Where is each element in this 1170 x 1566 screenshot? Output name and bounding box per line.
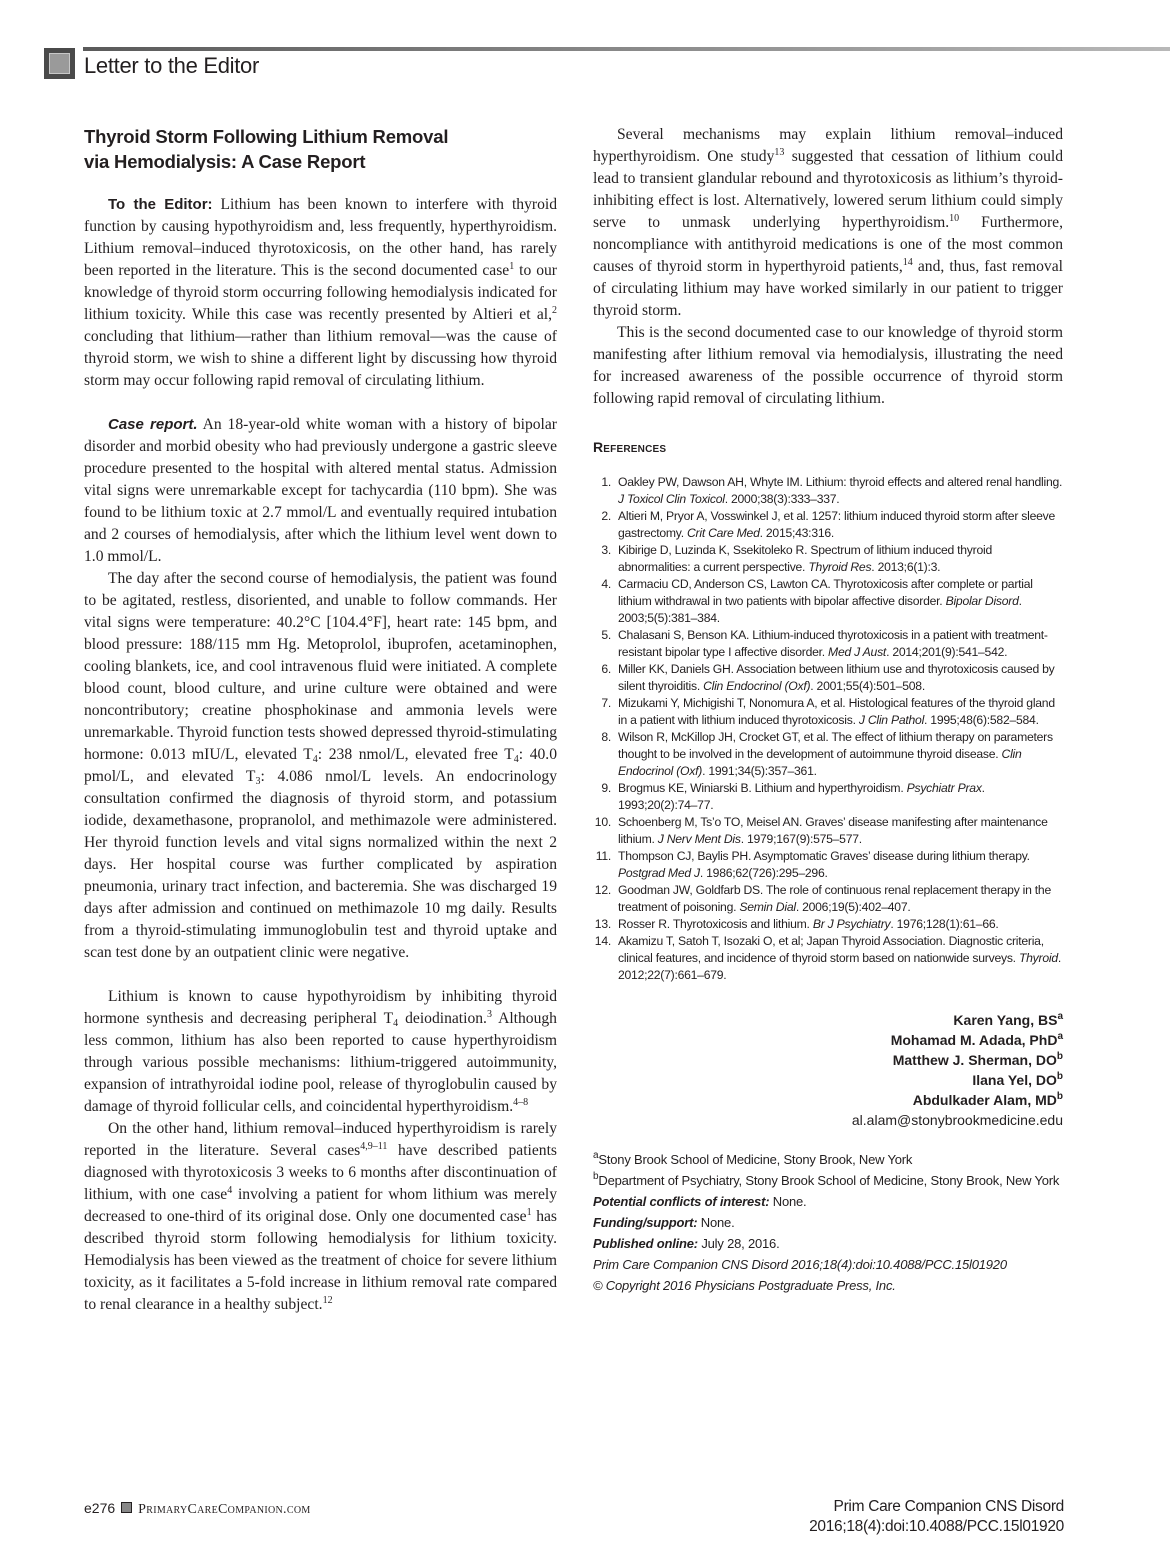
author-name: Abdulkader Alam, MDb: [593, 1090, 1063, 1110]
reference-item: 6.Miller KK, Daniels GH. Association bet…: [593, 661, 1063, 695]
author-name: Karen Yang, BSa: [593, 1010, 1063, 1030]
journal-name: Semin Dial: [739, 900, 795, 914]
site-link[interactable]: PrimaryCareCompanion.com: [138, 1502, 310, 1517]
section-label: Letter to the Editor: [84, 53, 259, 79]
references-list: 1.Oakley PW, Dawson AH, Whyte IM. Lithiu…: [593, 474, 1063, 984]
references-heading: References: [593, 436, 1063, 458]
author-name: Matthew J. Sherman, DOb: [593, 1050, 1063, 1070]
journal-name: Thyroid: [1019, 951, 1058, 965]
citation-12[interactable]: 12: [323, 1295, 333, 1306]
journal-name: Med J Aust: [828, 645, 886, 659]
journal-name: Br J Psychiatry: [813, 917, 891, 931]
funding-line: Funding/support: None.: [593, 1213, 1063, 1232]
reference-item: 10.Schoenberg M, Ts’o TO, Meisel AN. Gra…: [593, 814, 1063, 848]
reference-item: 12.Goodman JW, Goldfarb DS. The role of …: [593, 882, 1063, 916]
lithium-known-paragraph: Lithium is known to cause hypothyroidism…: [84, 986, 557, 1118]
other-hand-paragraph: On the other hand, lithium removal–induc…: [84, 1118, 557, 1316]
section-square-icon: [44, 48, 75, 79]
day-after-paragraph: The day after the second course of hemod…: [84, 568, 557, 964]
affiliations-block: aStony Brook School of Medicine, Stony B…: [593, 1150, 1063, 1295]
journal-name: Clin Endocrinol (Oxf): [703, 679, 810, 693]
journal-name: J Nerv Ment Dis: [658, 832, 741, 846]
article-title: Thyroid Storm Following Lithium Removal …: [84, 124, 557, 174]
affiliation: aStony Brook School of Medicine, Stony B…: [593, 1150, 1063, 1169]
journal-name: J Clin Pathol: [859, 713, 924, 727]
footer-square-icon: [121, 1502, 132, 1513]
author-name: Mohamad M. Adada, PhDa: [593, 1030, 1063, 1050]
journal-name: J Toxicol Clin Toxicol: [618, 492, 725, 506]
citation-2[interactable]: 2: [552, 305, 557, 316]
reference-item: 5.Chalasani S, Benson KA. Lithium-induce…: [593, 627, 1063, 661]
citation-line: Prim Care Companion CNS Disord 2016;18(4…: [593, 1255, 1063, 1274]
journal-name: Crit Care Med: [687, 526, 760, 540]
citation-13[interactable]: 13: [774, 147, 784, 158]
citation-4-8[interactable]: 4–8: [513, 1097, 528, 1108]
right-column: Several mechanisms may explain lithium r…: [593, 124, 1063, 1297]
reference-item: 2.Altieri M, Pryor A, Vosswinkel J, et a…: [593, 508, 1063, 542]
copyright-line: © Copyright 2016 Physicians Postgraduate…: [593, 1276, 1063, 1295]
reference-item: 1.Oakley PW, Dawson AH, Whyte IM. Lithiu…: [593, 474, 1063, 508]
footer-left: e276PrimaryCareCompanion.com: [84, 1500, 311, 1518]
author-name: Ilana Yel, DOb: [593, 1070, 1063, 1090]
intro-lead: To the Editor:: [108, 196, 213, 213]
conflicts-line: Potential conflicts of interest: None.: [593, 1192, 1063, 1211]
author-block: Karen Yang, BSaMohamad M. Adada, PhDaMat…: [593, 1010, 1063, 1130]
reference-item: 8.Wilson R, McKillop JH, Crocket GT, et …: [593, 729, 1063, 780]
page-number: e276: [84, 1500, 115, 1516]
reference-item: 3.Kibirige D, Luzinda K, Ssekitoleko R. …: [593, 542, 1063, 576]
header-rule: [83, 47, 1170, 51]
reference-item: 13.Rosser R. Thyrotoxicosis and lithium.…: [593, 916, 1063, 933]
left-column: Thyroid Storm Following Lithium Removal …: [84, 124, 557, 1316]
footer-journal: Prim Care Companion CNS Disord 2016;18(4…: [809, 1497, 1064, 1537]
citation-4-9-11[interactable]: 4,9–11: [360, 1141, 387, 1152]
citation-10[interactable]: 10: [949, 213, 959, 224]
case-report-lead: Case report.: [108, 416, 198, 433]
affiliation: bDepartment of Psychiatry, Stony Brook S…: [593, 1171, 1063, 1190]
reference-item: 11.Thompson CJ, Baylis PH. Asymptomatic …: [593, 848, 1063, 882]
intro-paragraph: To the Editor: Lithium has been known to…: [84, 194, 557, 392]
conclusion-paragraph: This is the second documented case to ou…: [593, 322, 1063, 410]
journal-name: Bipolar Disord: [946, 594, 1019, 608]
journal-name: Thyroid Res: [808, 560, 871, 574]
case-report-paragraph: Case report. An 18-year-old white woman …: [84, 414, 557, 568]
citation-14[interactable]: 14: [903, 257, 913, 268]
journal-name: Postgrad Med J: [618, 866, 700, 880]
contact-email[interactable]: al.alam@stonybrookmedicine.edu: [593, 1110, 1063, 1130]
reference-item: 14.Akamizu T, Satoh T, Isozaki O, et al;…: [593, 933, 1063, 984]
mechanisms-paragraph: Several mechanisms may explain lithium r…: [593, 124, 1063, 322]
reference-item: 7.Mizukami Y, Michigishi T, Nonomura A, …: [593, 695, 1063, 729]
published-line: Published online: July 28, 2016.: [593, 1234, 1063, 1253]
reference-item: 4.Carmaciu CD, Anderson CS, Lawton CA. T…: [593, 576, 1063, 627]
journal-name: Psychiatr Prax: [907, 781, 982, 795]
reference-item: 9.Brogmus KE, Winiarski B. Lithium and h…: [593, 780, 1063, 814]
